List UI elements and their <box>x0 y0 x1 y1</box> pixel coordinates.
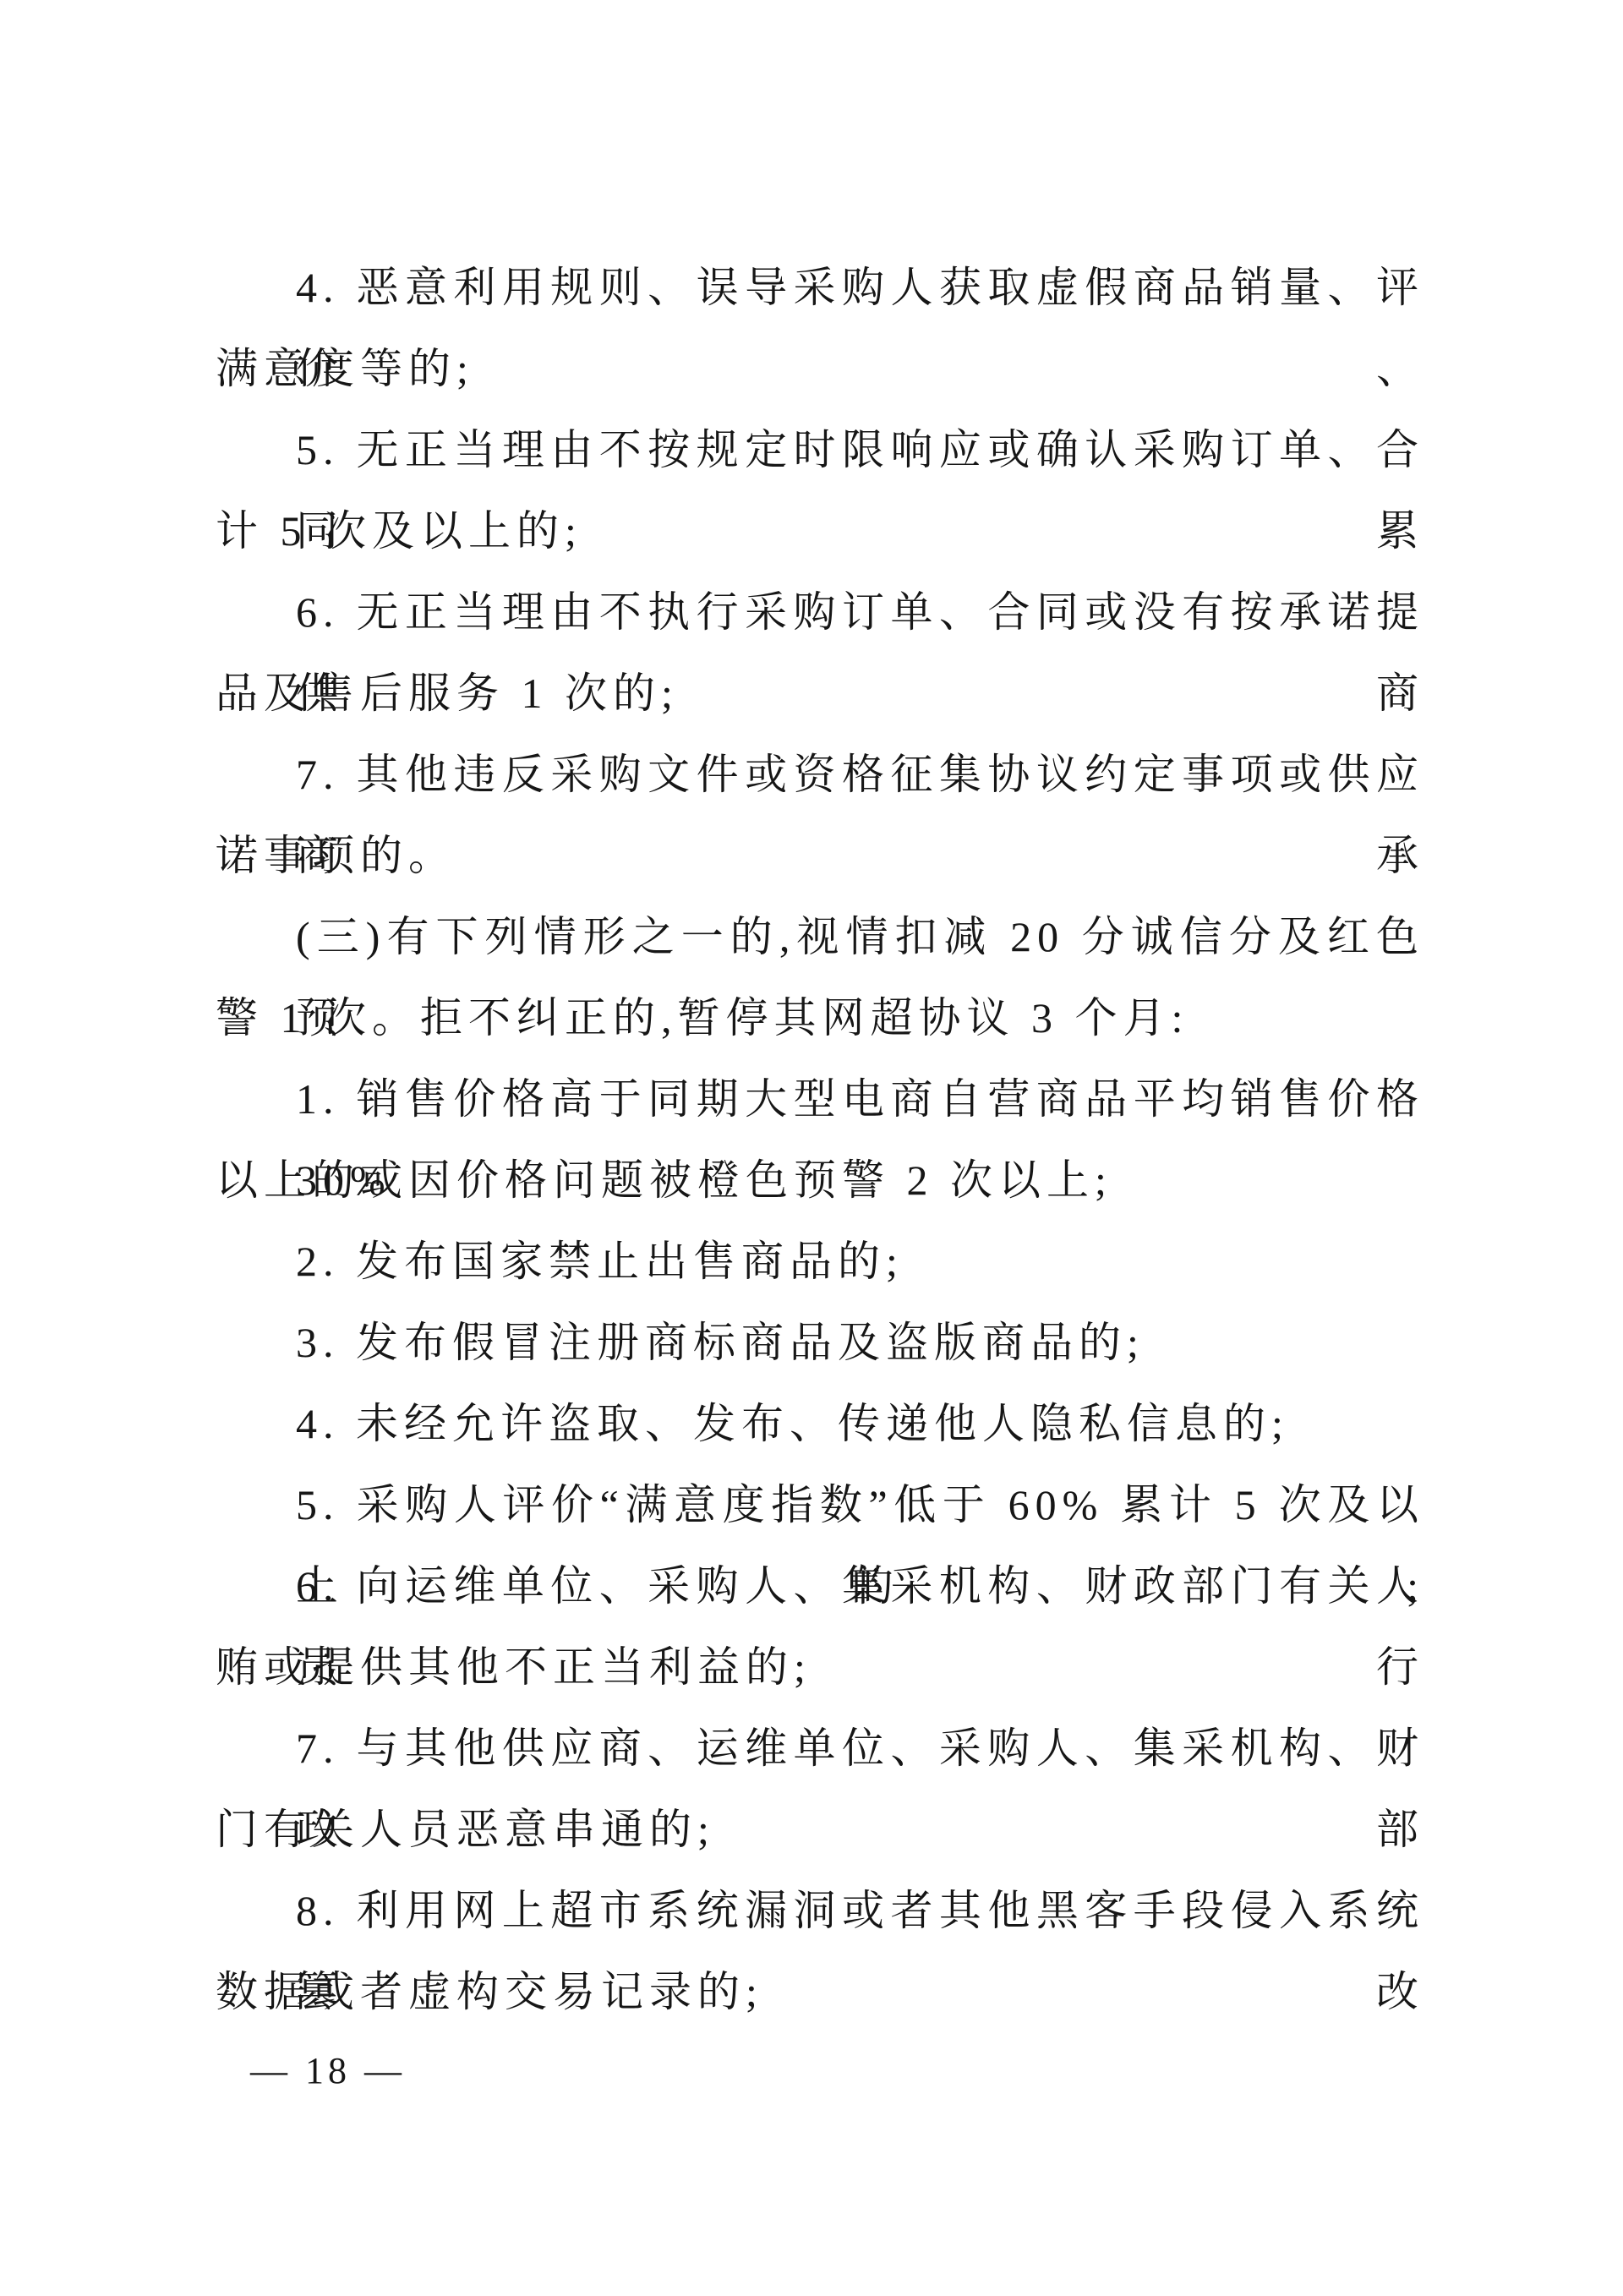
text-line: 8. 利用网上超市系统漏洞或者其他黑客手段侵入系统篡改 <box>216 1870 1424 1951</box>
text-line: 7. 与其他供应商、运维单位、采购人、集采机构、财政部 <box>216 1708 1424 1789</box>
text-line: 6. 向运维单位、采购人、集采机构、财政部门有关人员行 <box>216 1545 1424 1626</box>
text-line: 4. 恶意利用规则、误导采购人获取虚假商品销量、评价、 <box>216 247 1424 328</box>
text-line: 6. 无正当理由不执行采购订单、合同或没有按承诺提供商 <box>216 571 1424 653</box>
text-line: 2. 发布国家禁止出售商品的; <box>216 1221 1424 1302</box>
text-line: (三)有下列情形之一的,视情扣减 20 分诚信分及红色预 <box>216 896 1424 977</box>
page-number: — 18 — <box>250 2046 406 2096</box>
text-line: 5. 采购人评价“满意度指数”低于 60% 累计 5 次及以上的; <box>216 1464 1424 1545</box>
text-line: 警 1 次。拒不纠正的,暂停其网超协议 3 个月: <box>216 977 1424 1058</box>
text-line: 1. 销售价格高于同期大型电商自营商品平均销售价格 30% <box>216 1058 1424 1140</box>
text-line: 3. 发布假冒注册商标商品及盗版商品的; <box>216 1302 1424 1383</box>
text-line: 4. 未经允许盗取、发布、传递他人隐私信息的; <box>216 1383 1424 1464</box>
document-page: 4. 恶意利用规则、误导采购人获取虚假商品销量、评价、满意度等的;5. 无正当理… <box>0 0 1623 2296</box>
text-line: 7. 其他违反采购文件或资格征集协议约定事项或供应商承 <box>216 734 1424 815</box>
document-body: 4. 恶意利用规则、误导采购人获取虚假商品销量、评价、满意度等的;5. 无正当理… <box>216 247 1424 2032</box>
text-line: 5. 无正当理由不按规定时限响应或确认采购订单、合同累 <box>216 409 1424 490</box>
text-line: 以上的或因价格问题被橙色预警 2 次以上; <box>216 1140 1424 1221</box>
